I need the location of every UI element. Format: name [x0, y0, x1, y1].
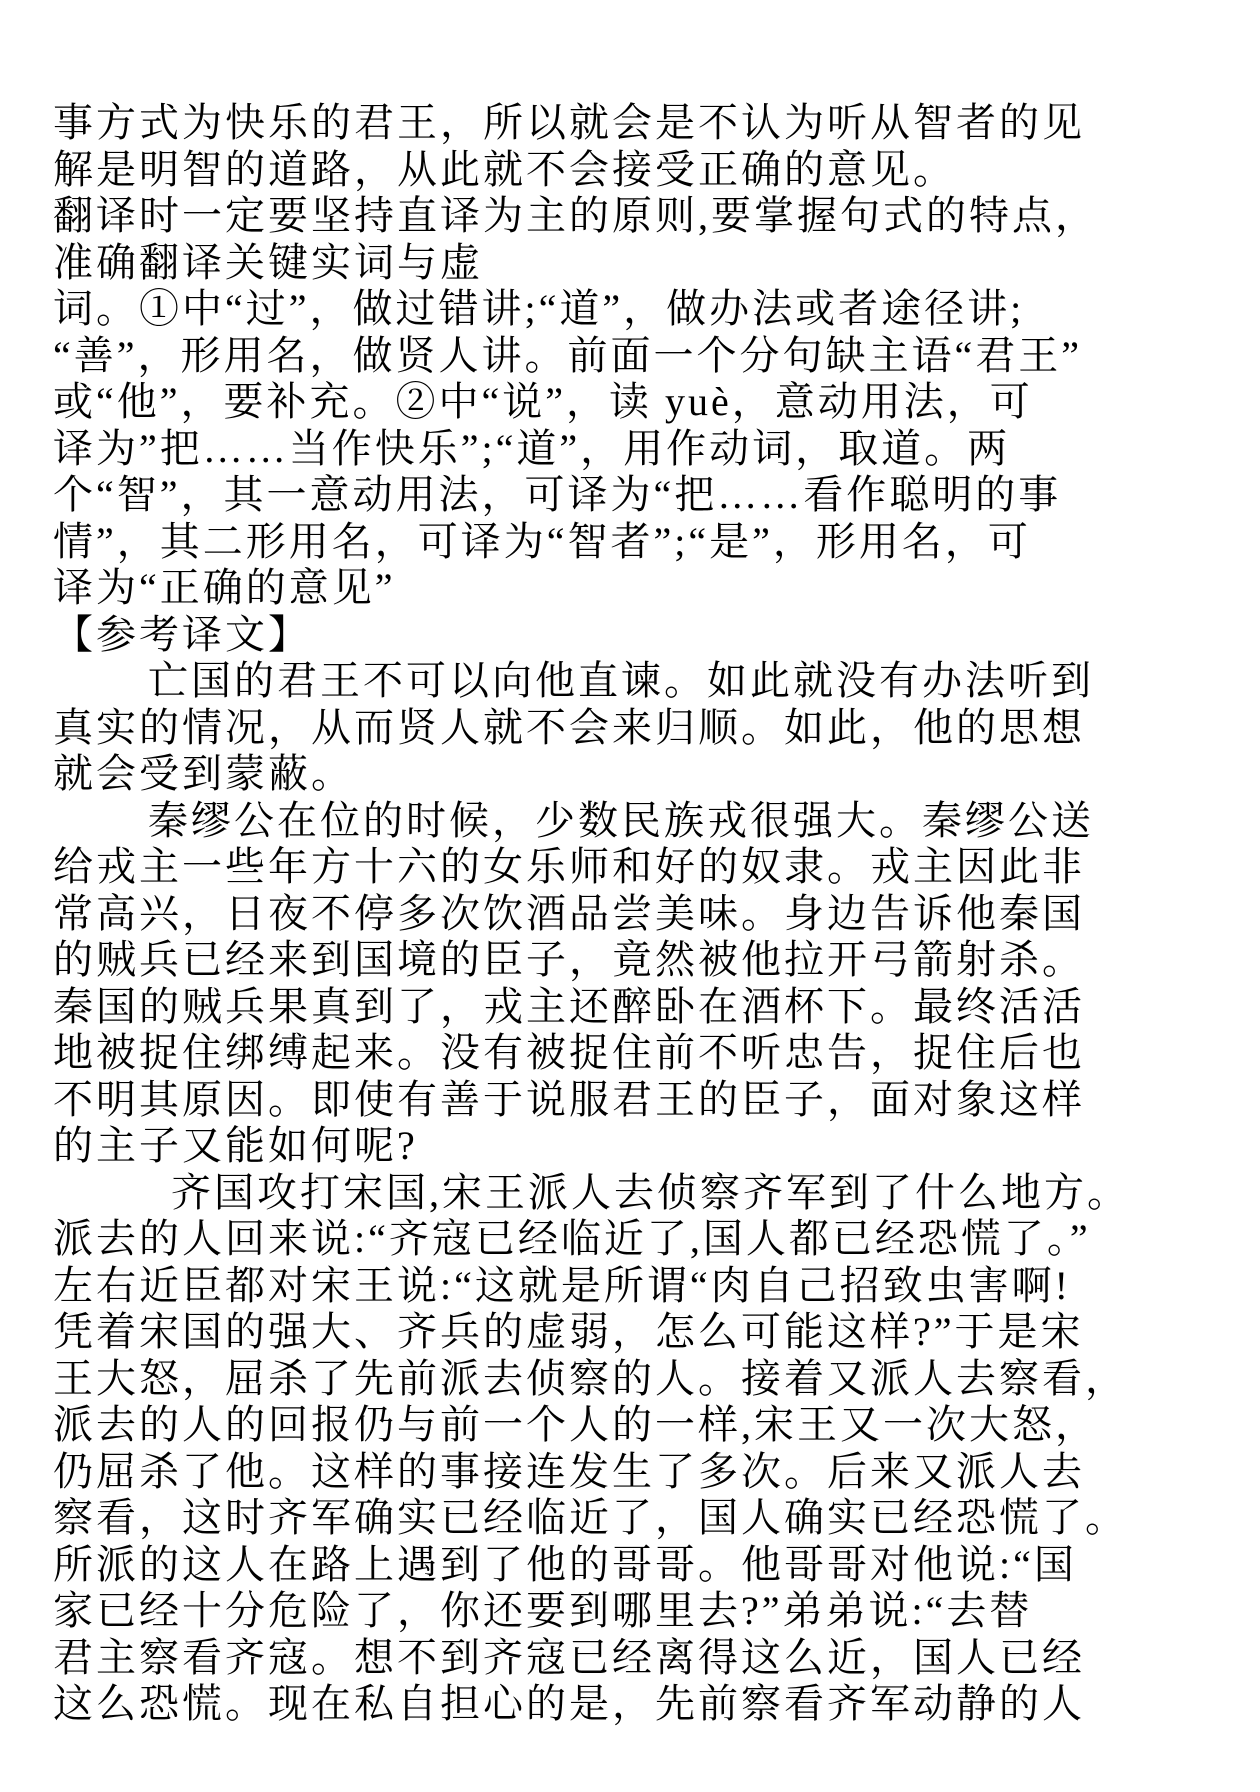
text-line: 这么恐慌。现在私自担心的是，先前察看齐军动静的人 [53, 1681, 1228, 1728]
text-line: 地被捉住绑缚起来。没有被捉住前不听忠告，捉住后也 [53, 1030, 1228, 1077]
document-text-block: 事方式为快乐的君王，所以就会是不认为听从智者的见 解是明智的道路，从此就不会接受… [53, 100, 1228, 1728]
text-line: 凭着宋国的强大、齐兵的虚弱，怎么可能这样?”于是宋 [53, 1309, 1228, 1356]
text-line: 译为”把……当作快乐”;“道”，用作动词，取道。两 [53, 426, 1228, 473]
text-line: “善”，形用名，做贤人讲。前面一个分句缺主语“君王” [53, 333, 1228, 380]
text-line: 词。①中“过”，做过错讲;“道”，做办法或者途径讲; [53, 286, 1228, 333]
text-line: 或“他”，要补充。②中“说”，读 yuè，意动用法，可 [53, 379, 1228, 426]
text-line: 仍屈杀了他。这样的事接连发生了多次。后来又派人去 [53, 1449, 1228, 1496]
text-line: 准确翻译关键实词与虚 [53, 240, 1228, 287]
text-line: 的主子又能如何呢? [53, 1123, 1228, 1170]
text-line: 所派的这人在路上遇到了他的哥哥。他哥哥对他说:“国 [53, 1542, 1228, 1589]
text-line: 齐国攻打宋国,宋王派人去侦察齐军到了什么地方。 [53, 1170, 1228, 1217]
text-line: 给戎主一些年方十六的女乐师和好的奴隶。戎主因此非 [53, 844, 1228, 891]
text-line: 个“智”，其一意动用法，可译为“把……看作聪明的事 [53, 472, 1228, 519]
text-line: 不明其原因。即使有善于说服君王的臣子，面对象这样 [53, 1077, 1228, 1124]
text-line: 家已经十分危险了，你还要到哪里去?”弟弟说:“去替 [53, 1588, 1228, 1635]
text-line: 派去的人的回报仍与前一个人的一样,宋王又一次大怒， [53, 1402, 1228, 1449]
text-line: 左右近臣都对宋王说:“这就是所谓“肉自己招致虫害啊! [53, 1263, 1228, 1310]
text-line: 常高兴，日夜不停多次饮酒品尝美味。身边告诉他秦国 [53, 891, 1228, 938]
text-line: 亡国的君王不可以向他直谏。如此就没有办法听到 [53, 658, 1228, 705]
text-line: 秦国的贼兵果真到了，戎主还醉卧在酒杯下。最终活活 [53, 984, 1228, 1031]
text-line: 的贼兵已经来到国境的臣子，竟然被他拉开弓箭射杀。 [53, 937, 1228, 984]
text-line: 翻译时一定要坚持直译为主的原则,要掌握句式的特点， [53, 193, 1228, 240]
text-line: 君主察看齐寇。想不到齐寇已经离得这么近，国人已经 [53, 1635, 1228, 1682]
text-line: 真实的情况，从而贤人就不会来归顺。如此，他的思想 [53, 705, 1228, 752]
text-line: 就会受到蒙蔽。 [53, 751, 1228, 798]
text-line: 王大怒，屈杀了先前派去侦察的人。接着又派人去察看， [53, 1356, 1228, 1403]
text-line: 派去的人回来说:“齐寇已经临近了,国人都已经恐慌了。” [53, 1216, 1228, 1263]
text-line: 察看，这时齐军确实已经临近了，国人确实已经恐慌了。 [53, 1495, 1228, 1542]
text-line: 译为“正确的意见” [53, 565, 1228, 612]
text-line: 解是明智的道路，从此就不会接受正确的意见。 [53, 147, 1228, 194]
text-line: 事方式为快乐的君王，所以就会是不认为听从智者的见 [53, 100, 1228, 147]
text-line: 秦缪公在位的时候，少数民族戎很强大。秦缪公送 [53, 798, 1228, 845]
section-header: 【参考译文】 [53, 612, 1228, 659]
text-line: 情”，其二形用名，可译为“智者”;“是”，形用名，可 [53, 519, 1228, 566]
